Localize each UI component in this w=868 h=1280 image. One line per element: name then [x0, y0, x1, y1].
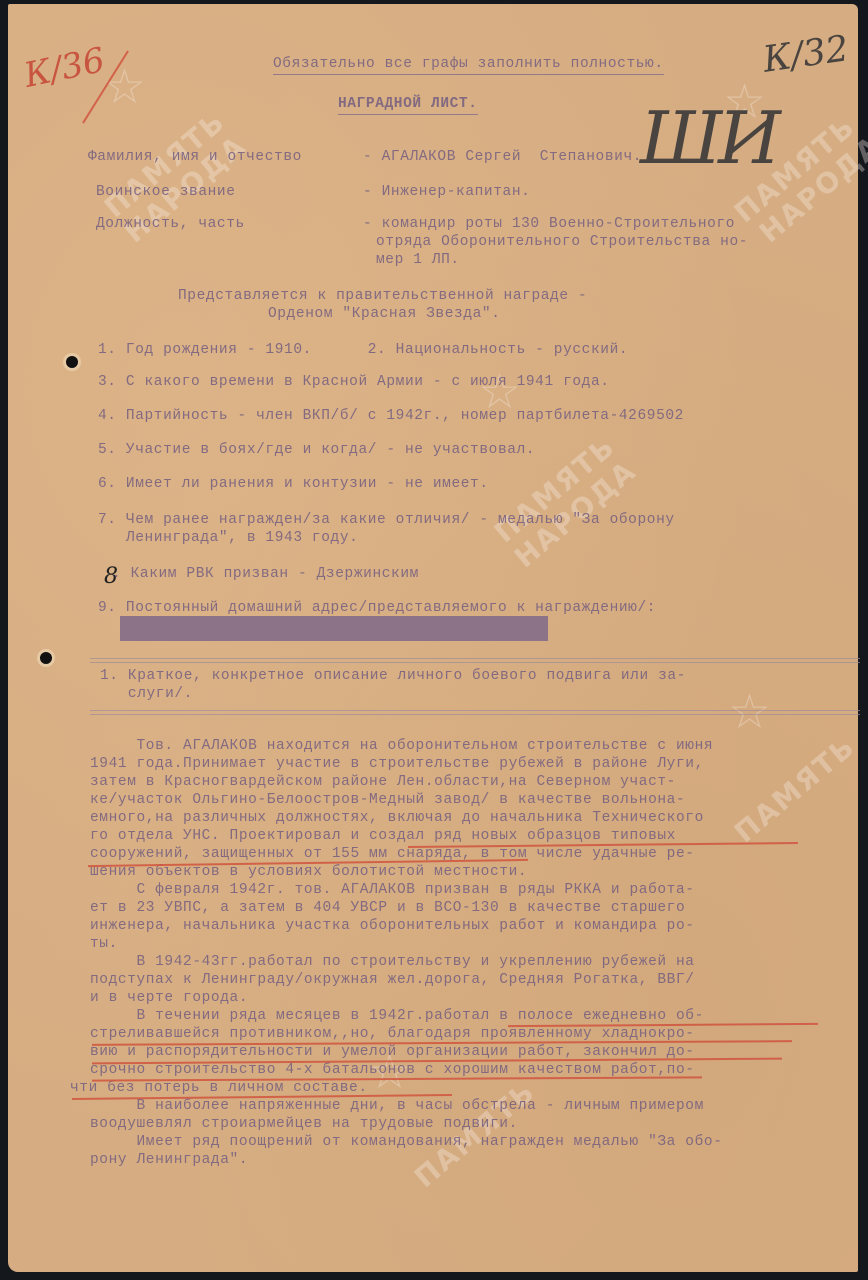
body-line: затем в Красногвардейском районе Лен.обл… — [90, 774, 676, 790]
position-label: Должность, часть — [96, 216, 245, 232]
body-line: срочно строительство 4-х батальонов с хо… — [90, 1062, 695, 1078]
item-party: 4. Партийность - член ВКП/б/ с 1942г., н… — [98, 408, 684, 424]
pencil-mark: ШИ — [640, 96, 777, 180]
archive-number-pencil: К/32 — [761, 28, 852, 81]
item-previous-awards-cont: Ленинграда", в 1943 году. — [98, 530, 358, 546]
body-line: В наиболее напряженные дни, в часы обстр… — [90, 1098, 704, 1114]
header-instruction: Обязательно все графы заполнить полность… — [273, 56, 664, 75]
divider-line — [90, 658, 860, 659]
body-line: емного,на различных должностях, включая … — [90, 810, 704, 826]
divider-line — [90, 662, 860, 663]
body-line: ке/участок Ольгино-Белоостров-Медный зав… — [90, 792, 685, 808]
name-value: - АГАЛАКОВ Сергей Степанович. — [363, 149, 642, 165]
body-line: чти без потерь в личном составе. — [70, 1080, 368, 1096]
body-line: инженера, начальника участка оборонитель… — [90, 918, 695, 934]
body-line: ет в 23 УВПС, а затем в 404 УВСР и в ВСО… — [90, 900, 685, 916]
body-line: и в черте города. — [90, 990, 248, 1006]
divider-line — [90, 710, 860, 711]
archive-number-red: К/36 — [21, 40, 109, 96]
item-previous-awards: 7. Чем ранее награжден/за какие отличия/… — [98, 512, 675, 528]
body-line: вию и распорядительности и умелой органи… — [90, 1044, 695, 1060]
body-line: 1941 года.Принимает участие в строительс… — [90, 756, 704, 772]
body-line: подступах к Ленинграду/окружная жел.доро… — [90, 972, 695, 988]
divider-line — [90, 714, 860, 715]
body-line: стреливавшейся противником,,но, благодар… — [90, 1026, 695, 1042]
body-line: В течении ряда месяцев в 1942г.работал в… — [90, 1008, 704, 1024]
item-army-since: 3. С какого времени в Красной Армии - с … — [98, 374, 610, 390]
nomination-line-1: Представляется к правительственной награ… — [178, 288, 587, 304]
star-watermark-icon: ☆ — [103, 59, 146, 115]
watermark-pamyat: ПАМЯТЬ — [728, 730, 862, 850]
rank-value: - Инженер-капитан. — [363, 184, 530, 200]
body-line: шения объектов в условиях болотистой мес… — [90, 864, 527, 880]
body-line: воодушевлял строиармейцев на трудовые по… — [90, 1116, 518, 1132]
body-line: В 1942-43гг.работал по строительству и у… — [90, 954, 695, 970]
redacted-address — [120, 616, 548, 641]
item-address: 9. Постоянный домашний адрес/представляе… — [98, 600, 656, 616]
body-line: Имеет ряд поощрений от командования, наг… — [90, 1134, 723, 1150]
section-header-line-2: слуги/. — [100, 686, 193, 702]
punch-hole — [66, 356, 78, 368]
position-value-3: мер 1 ЛП. — [376, 252, 460, 268]
item-birth-nationality: 1. Год рождения - 1910. 2. Национальност… — [98, 342, 628, 358]
nomination-line-2: Орденом "Красная Звезда". — [268, 306, 501, 322]
award-sheet-paper: ☆ ПАМЯТЬ НАРОДА ☆ ПАМЯТЬ НАРОДА ☆ ПАМЯТЬ… — [8, 4, 858, 1272]
position-value-2: отряда Оборонительного Строительства но- — [376, 234, 748, 250]
item-rvk: . Каким РВК призван - Дзержинским — [112, 566, 419, 582]
body-line: сооружений, защищенных от 155 мм снаряда… — [90, 846, 695, 862]
name-label: Фамилия, имя и отчество — [88, 149, 302, 165]
position-value-1: - командир роты 130 Военно-Строительного — [363, 216, 735, 232]
rank-label: Воинское звание — [96, 184, 236, 200]
punch-hole — [40, 652, 52, 664]
section-header-line-1: 1. Краткое, конкретное описание личного … — [100, 668, 686, 684]
body-line: С февраля 1942г. тов. АГАЛАКОВ призван в… — [90, 882, 695, 898]
body-line: рону Ленинграда". — [90, 1152, 248, 1168]
star-watermark-icon: ☆ — [728, 684, 771, 740]
body-line: го отдела УНС. Проектировал и создал ряд… — [90, 828, 676, 844]
body-line: ты. — [90, 936, 118, 952]
body-line: Тов. АГАЛАКОВ находится на оборонительно… — [90, 738, 713, 754]
item-wounds: 6. Имеет ли ранения и контузии - не имее… — [98, 476, 489, 492]
item-combat: 5. Участие в боях/где и когда/ - не учас… — [98, 442, 535, 458]
document-title: НАГРАДНОЙ ЛИСТ. — [338, 96, 478, 115]
